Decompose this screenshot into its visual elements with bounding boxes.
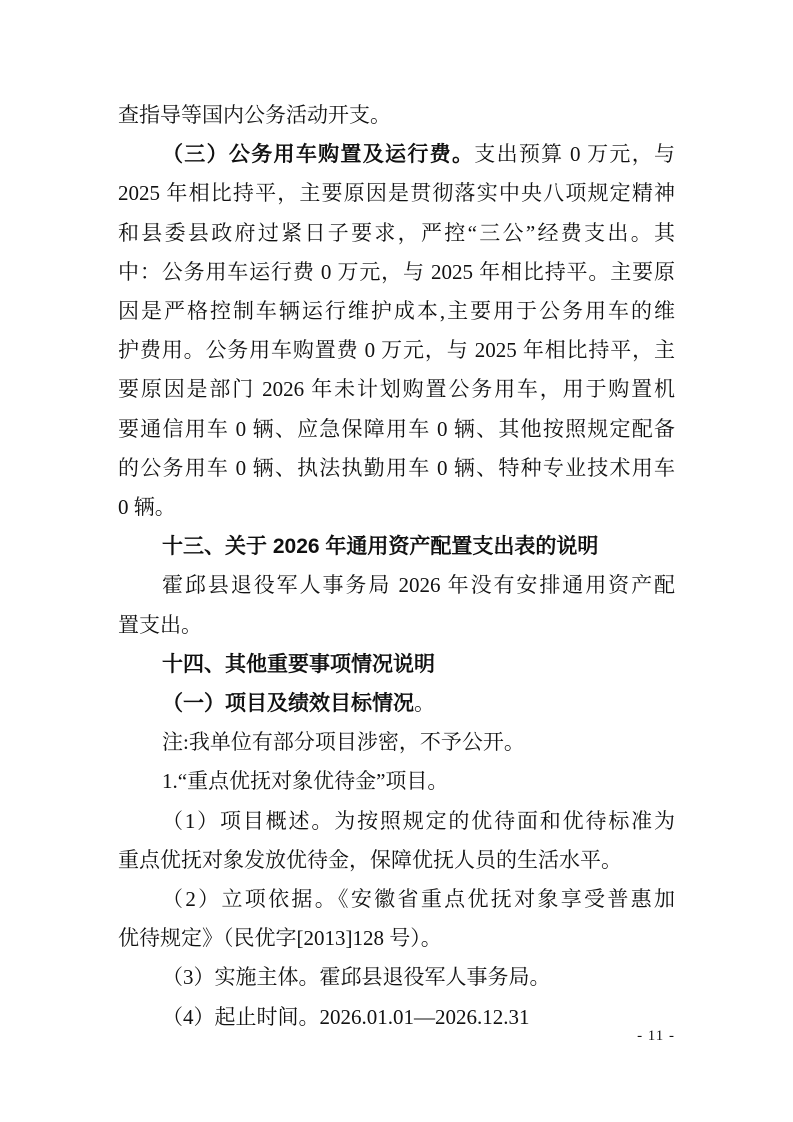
section-heading-text: 十三、关于 2026 年通用资产配置支出表的说明: [162, 535, 598, 558]
bold-subheading-text: （一）项目及绩效目标情况: [162, 691, 414, 715]
page-number: - 11 -: [637, 1028, 675, 1045]
document-line: 1.“重点优抚对象优待金”项目。: [118, 762, 675, 801]
document-line: 注:我单位有部分项目涉密，不予公开。: [118, 723, 675, 762]
document-line: 要原因是部门 2026 年未计划购置公务用车，用于购置机: [118, 370, 675, 409]
document-line: 霍邱县退役军人事务局 2026 年没有安排通用资产配: [118, 566, 675, 605]
document-line: 十三、关于 2026 年通用资产配置支出表的说明: [118, 527, 675, 566]
document-line: （4）起止时间。2026.01.01—2026.12.31: [118, 998, 675, 1037]
document-line: 0 辆。: [118, 488, 675, 527]
body-text: 护费用。公务用车购置费 0 万元，与 2025 年相比持平，主: [118, 338, 675, 362]
body-text: （3）实施主体。霍邱县退役军人事务局。: [162, 965, 551, 989]
document-line: 因是严格控制车辆运行维护成本,主要用于公务用车的维: [118, 292, 675, 331]
body-text: 优待规定》（民优字[2013]128 号）。: [118, 926, 442, 950]
body-text: 因是严格控制车辆运行维护成本,主要用于公务用车的维: [118, 299, 675, 323]
bold-subheading-text: （三）公务用车购置及运行费。: [162, 142, 474, 166]
document-line: （3）实施主体。霍邱县退役军人事务局。: [118, 958, 675, 997]
body-text: 霍邱县退役军人事务局 2026 年没有安排通用资产配: [162, 573, 675, 597]
body-text: 0 辆。: [118, 495, 176, 519]
body-text: 1.“重点优抚对象优待金”项目。: [162, 769, 448, 793]
body-text: （4）起止时间。2026.01.01—2026.12.31: [162, 1005, 530, 1029]
body-text: 查指导等国内公务活动开支。: [118, 103, 391, 127]
document-page: 查指导等国内公务活动开支。（三）公务用车购置及运行费。支出预算 0 万元，与20…: [0, 0, 793, 1122]
section-heading-text: 十四、其他重要事项情况说明: [162, 653, 435, 676]
document-body: 查指导等国内公务活动开支。（三）公务用车购置及运行费。支出预算 0 万元，与20…: [118, 96, 675, 1037]
document-line: 查指导等国内公务活动开支。: [118, 96, 675, 135]
document-line: 重点优抚对象发放优待金，保障优抚人员的生活水平。: [118, 841, 675, 880]
document-line: 2025 年相比持平，主要原因是贯彻落实中央八项规定精神: [118, 174, 675, 213]
body-text: 要通信用车 0 辆、应急保障用车 0 辆、其他按照规定配备: [118, 417, 675, 441]
body-text: 和县委县政府过紧日子要求，严控“三公”经费支出。其: [118, 221, 675, 245]
document-line: （2）立项依据。《安徽省重点优抚对象享受普惠加: [118, 880, 675, 919]
body-text: （2）立项依据。《安徽省重点优抚对象享受普惠加: [162, 887, 675, 911]
document-line: 十四、其他重要事项情况说明: [118, 645, 675, 684]
body-text: 。: [414, 691, 435, 715]
document-line: （一）项目及绩效目标情况。: [118, 684, 675, 723]
body-text: 重点优抚对象发放优待金，保障优抚人员的生活水平。: [118, 848, 622, 872]
body-text: 中：公务用车运行费 0 万元，与 2025 年相比持平。主要原: [118, 260, 675, 284]
body-text: 2025 年相比持平，主要原因是贯彻落实中央八项规定精神: [118, 181, 675, 205]
document-line: 优待规定》（民优字[2013]128 号）。: [118, 919, 675, 958]
body-text: 注:我单位有部分项目涉密，不予公开。: [162, 730, 525, 754]
document-line: 置支出。: [118, 606, 675, 645]
document-line: 中：公务用车运行费 0 万元，与 2025 年相比持平。主要原: [118, 253, 675, 292]
body-text: （1）项目概述。为按照规定的优待面和优待标准为: [162, 809, 675, 833]
body-text: 要原因是部门 2026 年未计划购置公务用车，用于购置机: [118, 377, 675, 401]
document-line: 要通信用车 0 辆、应急保障用车 0 辆、其他按照规定配备: [118, 410, 675, 449]
document-line: 护费用。公务用车购置费 0 万元，与 2025 年相比持平，主: [118, 331, 675, 370]
document-line: （1）项目概述。为按照规定的优待面和优待标准为: [118, 802, 675, 841]
body-text: 置支出。: [118, 613, 202, 637]
document-line: （三）公务用车购置及运行费。支出预算 0 万元，与: [118, 135, 675, 174]
document-line: 和县委县政府过紧日子要求，严控“三公”经费支出。其: [118, 214, 675, 253]
body-text: 的公务用车 0 辆、执法执勤用车 0 辆、特种专业技术用车: [118, 456, 675, 480]
document-line: 的公务用车 0 辆、执法执勤用车 0 辆、特种专业技术用车: [118, 449, 675, 488]
body-text: 支出预算 0 万元，与: [474, 142, 675, 166]
